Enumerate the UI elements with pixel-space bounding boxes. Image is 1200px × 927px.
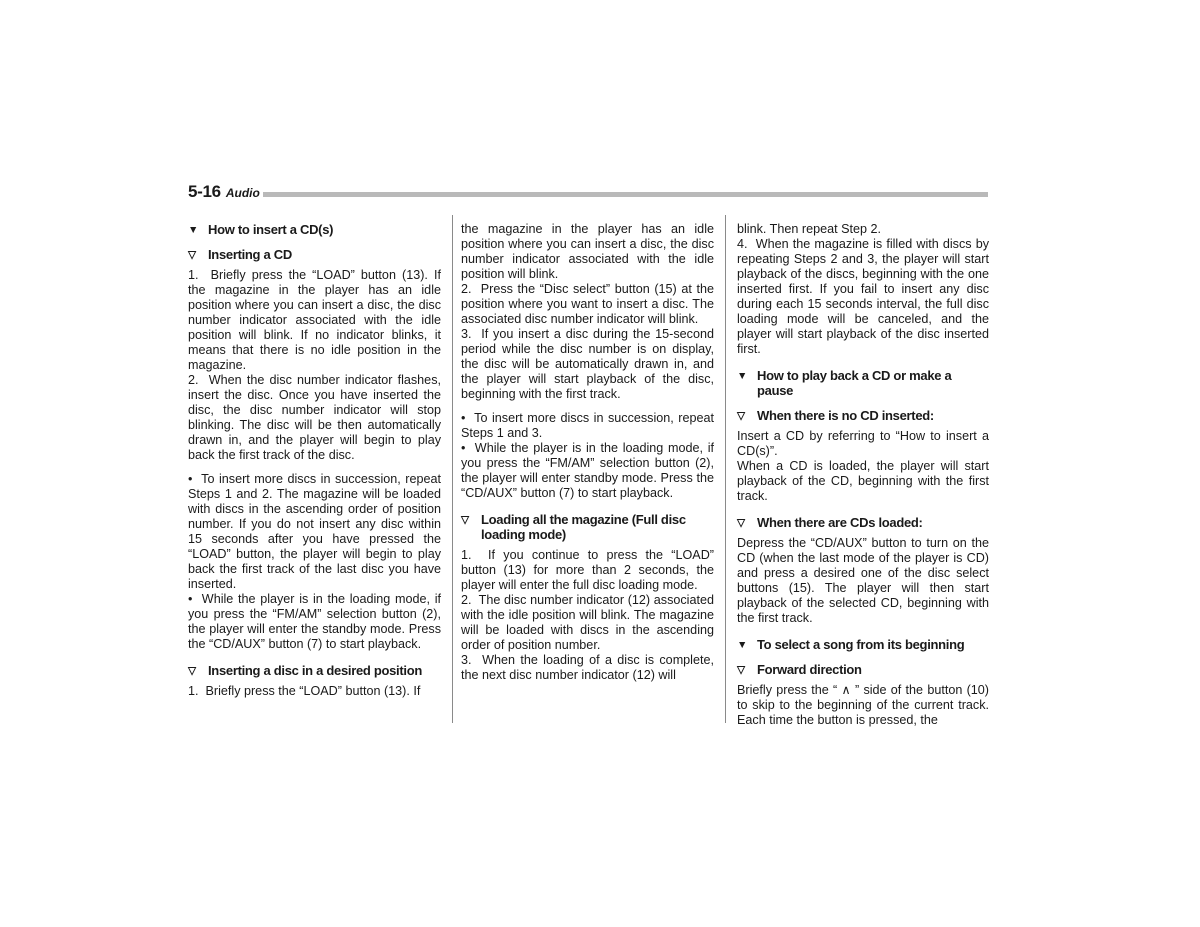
paragraph: 1. Briefly press the “LOAD” button (13).… — [188, 684, 441, 699]
sub-heading: ▽ When there are CDs loaded: — [737, 515, 989, 530]
paragraph: 3. If you insert a disc during the 15-se… — [461, 327, 714, 402]
text-column-2: the magazine in the player has an idle p… — [461, 222, 714, 683]
paragraph: blink. Then repeat Step 2. — [737, 222, 989, 237]
sub-heading: ▽ Forward direction — [737, 662, 989, 677]
filled-triangle-icon: ▼ — [737, 638, 747, 653]
sub-heading: ▽ Inserting a disc in a desired position — [188, 663, 441, 678]
page-number: 5-16 — [188, 183, 221, 200]
heading-text: Forward direction — [757, 662, 862, 677]
filled-triangle-icon: ▼ — [188, 223, 198, 238]
open-triangle-icon: ▽ — [737, 516, 745, 531]
section-heading: ▼ To select a song from its beginning — [737, 637, 989, 652]
column-divider-2 — [725, 215, 726, 723]
heading-text: Loading all the magazine (Full disc load… — [481, 512, 686, 542]
paragraph: When a CD is loaded, the player will sta… — [737, 459, 989, 504]
open-triangle-icon: ▽ — [737, 663, 745, 678]
bullet-paragraph: • While the player is in the loading mod… — [461, 441, 714, 501]
paragraph: 1. Briefly press the “LOAD” button (13).… — [188, 268, 441, 373]
heading-text: When there are CDs loaded: — [757, 515, 923, 530]
column-divider-1 — [452, 215, 453, 723]
paragraph: 2. The disc number indicator (12) associ… — [461, 593, 714, 653]
open-triangle-icon: ▽ — [188, 248, 196, 263]
bullet-paragraph: • While the player is in the loading mod… — [188, 592, 441, 652]
section-heading: ▼ How to play back a CD or make a pause — [737, 368, 989, 398]
filled-triangle-icon: ▼ — [737, 369, 747, 384]
open-triangle-icon: ▽ — [188, 664, 196, 679]
heading-text: When there is no CD inserted: — [757, 408, 934, 423]
paragraph: 1. If you continue to press the “LOAD” b… — [461, 548, 714, 593]
section-title: Audio — [226, 186, 260, 200]
sub-heading: ▽ When there is no CD inserted: — [737, 408, 989, 423]
page-header: 5-16 Audio — [188, 183, 988, 200]
section-heading: ▼ How to insert a CD(s) — [188, 222, 441, 237]
sub-heading: ▽ Inserting a CD — [188, 247, 441, 262]
paragraph: 4. When the magazine is filled with disc… — [737, 237, 989, 357]
paragraph: Insert a CD by referring to “How to inse… — [737, 429, 989, 459]
heading-text: Inserting a CD — [208, 247, 292, 262]
paragraph: Depress the “CD/AUX” button to turn on t… — [737, 536, 989, 626]
heading-text: To select a song from its beginning — [757, 637, 964, 652]
open-triangle-icon: ▽ — [461, 513, 469, 528]
paragraph: 2. When the disc number indicator flashe… — [188, 373, 441, 463]
bullet-paragraph: • To insert more discs in succession, re… — [461, 411, 714, 441]
header-rule — [263, 192, 988, 197]
sub-heading: ▽ Loading all the magazine (Full disc lo… — [461, 512, 714, 542]
paragraph: 2. Press the “Disc select” button (15) a… — [461, 282, 714, 327]
heading-text: How to play back a CD or make a pause — [757, 368, 951, 398]
heading-text: Inserting a disc in a desired position — [208, 663, 422, 678]
heading-text: How to insert a CD(s) — [208, 222, 333, 237]
open-triangle-icon: ▽ — [737, 409, 745, 424]
paragraph: Briefly press the “ ∧ ” side of the butt… — [737, 683, 989, 728]
text-column-1: ▼ How to insert a CD(s) ▽ Inserting a CD… — [188, 222, 441, 699]
bullet-paragraph: • To insert more discs in succession, re… — [188, 472, 441, 592]
paragraph: 3. When the loading of a disc is complet… — [461, 653, 714, 683]
text-column-3: blink. Then repeat Step 2. 4. When the m… — [737, 222, 989, 728]
paragraph: the magazine in the player has an idle p… — [461, 222, 714, 282]
